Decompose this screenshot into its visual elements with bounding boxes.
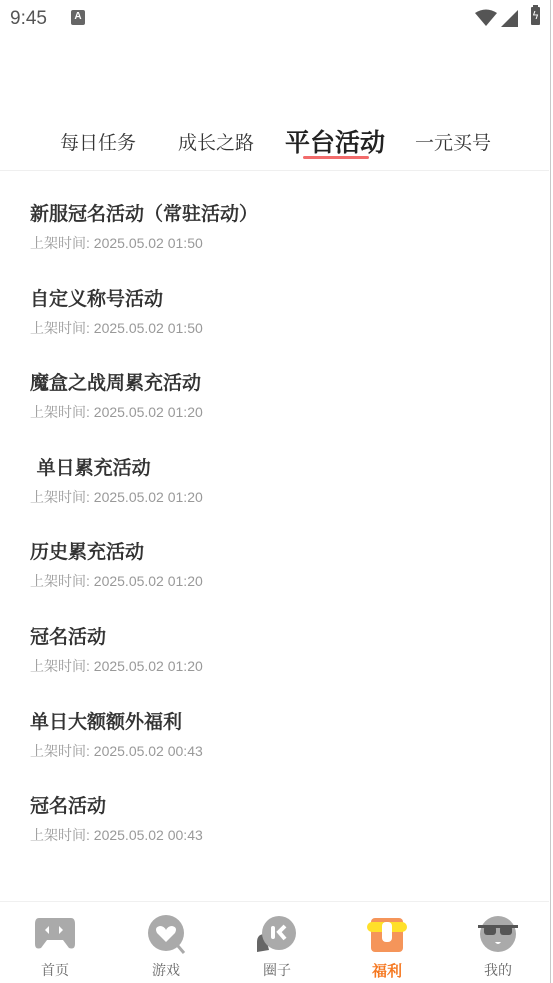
list-item[interactable]: 历史累充活动 上架时间: 2025.05.02 01:20 bbox=[30, 538, 543, 623]
status-time: 9:45 bbox=[10, 8, 47, 30]
signal-icon bbox=[501, 10, 518, 27]
list-item[interactable]: 冠名活动 上架时间: 2025.05.02 01:20 bbox=[30, 623, 543, 708]
list-item[interactable]: 新服冠名活动（常驻活动） 上架时间: 2025.05.02 01:50 bbox=[30, 200, 543, 285]
tab-daily-tasks[interactable]: 每日任务 bbox=[60, 128, 136, 155]
list-item[interactable]: 单日大额额外福利 上架时间: 2025.05.02 00:43 bbox=[30, 708, 543, 793]
activity-date: 上架时间: 2025.05.02 01:50 bbox=[30, 233, 543, 253]
activity-title: 单日大额额外福利 bbox=[30, 708, 543, 736]
gift-icon bbox=[365, 914, 409, 954]
tab-one-yuan-account[interactable]: 一元买号 bbox=[415, 128, 491, 155]
nav-label: 福利 bbox=[347, 960, 427, 981]
activity-date: 上架时间: 2025.05.02 01:50 bbox=[30, 318, 543, 338]
nav-label: 首页 bbox=[15, 960, 95, 980]
activity-date: 上架时间: 2025.05.02 01:20 bbox=[30, 487, 543, 507]
list-item[interactable]: 魔盒之战周累充活动 上架时间: 2025.05.02 01:20 bbox=[30, 369, 543, 454]
tab-growth-path[interactable]: 成长之路 bbox=[178, 128, 254, 155]
nav-games[interactable]: 游戏 bbox=[126, 914, 206, 980]
activity-title: 单日累充活动 bbox=[30, 454, 543, 482]
activity-title: 自定义称号活动 bbox=[30, 285, 543, 313]
battery-icon: ϟ bbox=[531, 7, 540, 25]
activity-date: 上架时间: 2025.05.02 01:20 bbox=[30, 571, 543, 591]
nav-circle[interactable]: 圈子 bbox=[237, 914, 317, 980]
bottom-nav: 首页 游戏 圈子 福利 我的 bbox=[0, 901, 549, 983]
gamepad-icon bbox=[33, 914, 77, 954]
nav-welfare[interactable]: 福利 bbox=[347, 914, 427, 981]
notification-a-icon: A bbox=[71, 10, 85, 25]
chat-bubble-icon bbox=[255, 914, 299, 954]
list-item[interactable]: 单日累充活动 上架时间: 2025.05.02 01:20 bbox=[30, 454, 543, 539]
activity-title: 冠名活动 bbox=[30, 792, 543, 820]
list-item[interactable]: 自定义称号活动 上架时间: 2025.05.02 01:50 bbox=[30, 285, 543, 370]
active-tab-indicator bbox=[303, 156, 369, 159]
sunglasses-face-icon bbox=[476, 914, 520, 954]
list-item[interactable]: 冠名活动 上架时间: 2025.05.02 00:43 bbox=[30, 792, 543, 877]
activity-date: 上架时间: 2025.05.02 01:20 bbox=[30, 402, 543, 422]
status-bar: 9:45 A ϟ bbox=[0, 0, 553, 40]
activity-list: 新服冠名活动（常驻活动） 上架时间: 2025.05.02 01:50 自定义称… bbox=[30, 200, 543, 877]
activity-date: 上架时间: 2025.05.02 00:43 bbox=[30, 741, 543, 761]
activity-date: 上架时间: 2025.05.02 00:43 bbox=[30, 825, 543, 845]
wifi-icon bbox=[475, 9, 497, 26]
activity-title: 魔盒之战周累充活动 bbox=[30, 369, 543, 397]
heart-bubble-icon bbox=[144, 914, 188, 954]
nav-label: 圈子 bbox=[237, 960, 317, 980]
activity-title: 冠名活动 bbox=[30, 623, 543, 651]
activity-title: 历史累充活动 bbox=[30, 538, 543, 566]
tab-platform-activities[interactable]: 平台活动 bbox=[285, 123, 385, 159]
nav-label: 我的 bbox=[458, 960, 538, 980]
tabs-divider bbox=[0, 170, 549, 171]
tab-bar: 每日任务 成长之路 平台活动 一元买号 bbox=[0, 118, 553, 170]
activity-date: 上架时间: 2025.05.02 01:20 bbox=[30, 656, 543, 676]
nav-home[interactable]: 首页 bbox=[15, 914, 95, 980]
nav-label: 游戏 bbox=[126, 960, 206, 980]
activity-title: 新服冠名活动（常驻活动） bbox=[30, 200, 543, 228]
nav-mine[interactable]: 我的 bbox=[458, 914, 538, 980]
